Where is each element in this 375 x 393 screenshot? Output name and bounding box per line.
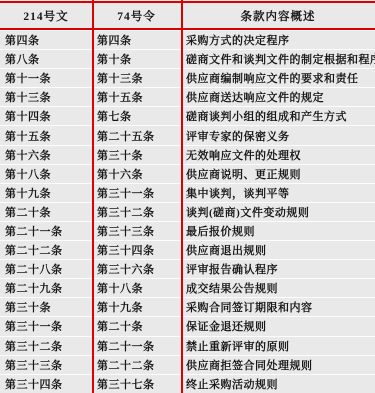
cell-doc214-article: 第十一条 bbox=[0, 70, 92, 86]
cell-order74-article: 第三十四条 bbox=[92, 242, 181, 258]
cell-clause-summary: 采购方式的决定程序 bbox=[181, 32, 375, 48]
cell-doc214-article: 第十六条 bbox=[0, 147, 92, 163]
table-row: 第二十一条第三十三条最后报价规则 bbox=[0, 221, 375, 240]
table-row: 第八条第十条磋商文件和谈判文件的制定根据和程序 bbox=[0, 49, 375, 68]
cell-clause-summary: 供应商退出规则 bbox=[181, 242, 375, 258]
cell-doc214-article: 第三十三条 bbox=[0, 357, 92, 373]
cell-doc214-article: 第四条 bbox=[0, 32, 92, 48]
cell-doc214-article: 第二十条 bbox=[0, 204, 92, 220]
cell-order74-article: 第三十六条 bbox=[92, 261, 181, 277]
column-header-doc214: 214号文 bbox=[0, 8, 92, 24]
cell-order74-article: 第三十二条 bbox=[92, 204, 181, 220]
cell-order74-article: 第三十七条 bbox=[92, 376, 181, 392]
table-row: 第三十条第十九条采购合同签订期限和内容 bbox=[0, 297, 375, 316]
cell-clause-summary: 保证金退还规则 bbox=[181, 318, 375, 334]
table-header-row: 214号文 74号令 条款内容概述 bbox=[0, 3, 375, 28]
cell-order74-article: 第二十二条 bbox=[92, 357, 181, 373]
table-row: 第十一条第十三条供应商编制响应文件的要求和责任 bbox=[0, 68, 375, 87]
table-row: 第三十三条第二十二条供应商拒签合同处理规则 bbox=[0, 355, 375, 374]
cell-order74-article: 第十五条 bbox=[92, 89, 181, 105]
cell-clause-summary: 终止采购活动规则 bbox=[181, 376, 375, 392]
cell-order74-article: 第十九条 bbox=[92, 299, 181, 315]
column-divider-1 bbox=[92, 0, 94, 393]
table-row: 第二十条第三十二条谈判(磋商)文件变动规则 bbox=[0, 202, 375, 221]
cell-clause-summary: 供应商说明、更正规则 bbox=[181, 166, 375, 182]
cell-order74-article: 第三十三条 bbox=[92, 223, 181, 239]
cell-order74-article: 第二十条 bbox=[92, 318, 181, 334]
cell-clause-summary: 集中谈判，谈判平等 bbox=[181, 185, 375, 201]
table-row: 第三十一条第二十条保证金退还规则 bbox=[0, 316, 375, 335]
cell-clause-summary: 供应商编制响应文件的要求和责任 bbox=[181, 70, 375, 86]
cell-order74-article: 第三十条 bbox=[92, 147, 181, 163]
table-row: 第四条第四条采购方式的决定程序 bbox=[0, 30, 375, 49]
cell-doc214-article: 第三十一条 bbox=[0, 318, 92, 334]
cell-doc214-article: 第十五条 bbox=[0, 128, 92, 144]
cell-doc214-article: 第二十一条 bbox=[0, 223, 92, 239]
table-row: 第三十四条第三十七条终止采购活动规则 bbox=[0, 374, 375, 393]
table-row: 第十九条第三十一条集中谈判，谈判平等 bbox=[0, 183, 375, 202]
cell-doc214-article: 第十四条 bbox=[0, 108, 92, 124]
table-row: 第二十二条第三十四条供应商退出规则 bbox=[0, 240, 375, 259]
cell-order74-article: 第二十一条 bbox=[92, 338, 181, 354]
cell-doc214-article: 第二十八条 bbox=[0, 261, 92, 277]
cell-doc214-article: 第十三条 bbox=[0, 89, 92, 105]
cell-clause-summary: 供应商拒签合同处理规则 bbox=[181, 357, 375, 373]
cell-clause-summary: 最后报价规则 bbox=[181, 223, 375, 239]
cell-clause-summary: 评审专家的保密义务 bbox=[181, 128, 375, 144]
cell-clause-summary: 磋商文件和谈判文件的制定根据和程序 bbox=[181, 51, 375, 67]
cell-doc214-article: 第八条 bbox=[0, 51, 92, 67]
table-row: 第二十九条第十八条成交结果公告规则 bbox=[0, 278, 375, 297]
cell-doc214-article: 第二十九条 bbox=[0, 280, 92, 296]
cell-doc214-article: 第二十二条 bbox=[0, 242, 92, 258]
cell-order74-article: 第三十一条 bbox=[92, 185, 181, 201]
table-row: 第十三条第十五条供应商送达响应文件的规定 bbox=[0, 87, 375, 106]
column-divider-2 bbox=[181, 0, 183, 393]
cell-order74-article: 第二十五条 bbox=[92, 128, 181, 144]
cell-order74-article: 第十八条 bbox=[92, 280, 181, 296]
cell-clause-summary: 无效响应文件的处理权 bbox=[181, 147, 375, 163]
cell-clause-summary: 谈判(磋商)文件变动规则 bbox=[181, 204, 375, 220]
cell-clause-summary: 采购合同签订期限和内容 bbox=[181, 299, 375, 315]
cell-doc214-article: 第三十四条 bbox=[0, 376, 92, 392]
cell-doc214-article: 第三十二条 bbox=[0, 338, 92, 354]
table-row: 第十四条第七条磋商谈判小组的组成和产生方式 bbox=[0, 106, 375, 125]
table-row: 第十六条第三十条无效响应文件的处理权 bbox=[0, 145, 375, 164]
table-row: 第十五条第二十五条评审专家的保密义务 bbox=[0, 125, 375, 144]
table-row: 第三十二条第二十一条禁止重新评审的原则 bbox=[0, 336, 375, 355]
cell-doc214-article: 第十八条 bbox=[0, 166, 92, 182]
column-header-summary: 条款内容概述 bbox=[181, 8, 375, 24]
table-row: 第十八条第十六条供应商说明、更正规则 bbox=[0, 164, 375, 183]
cell-order74-article: 第十三条 bbox=[92, 70, 181, 86]
document-page: 214号文 74号令 条款内容概述 第四条第四条采购方式的决定程序第八条第十条磋… bbox=[0, 0, 375, 393]
cell-order74-article: 第七条 bbox=[92, 108, 181, 124]
cell-order74-article: 第十条 bbox=[92, 51, 181, 67]
column-header-order74: 74号令 bbox=[92, 8, 181, 24]
cell-clause-summary: 成交结果公告规则 bbox=[181, 280, 375, 296]
table-row: 第二十八条第三十六条评审报告确认程序 bbox=[0, 259, 375, 278]
cell-order74-article: 第四条 bbox=[92, 32, 181, 48]
cell-doc214-article: 第十九条 bbox=[0, 185, 92, 201]
table-body: 第四条第四条采购方式的决定程序第八条第十条磋商文件和谈判文件的制定根据和程序第十… bbox=[0, 30, 375, 393]
cell-order74-article: 第十六条 bbox=[92, 166, 181, 182]
cell-clause-summary: 磋商谈判小组的组成和产生方式 bbox=[181, 108, 375, 124]
cell-clause-summary: 供应商送达响应文件的规定 bbox=[181, 89, 375, 105]
cell-clause-summary: 评审报告确认程序 bbox=[181, 261, 375, 277]
cell-clause-summary: 禁止重新评审的原则 bbox=[181, 338, 375, 354]
cell-doc214-article: 第三十条 bbox=[0, 299, 92, 315]
